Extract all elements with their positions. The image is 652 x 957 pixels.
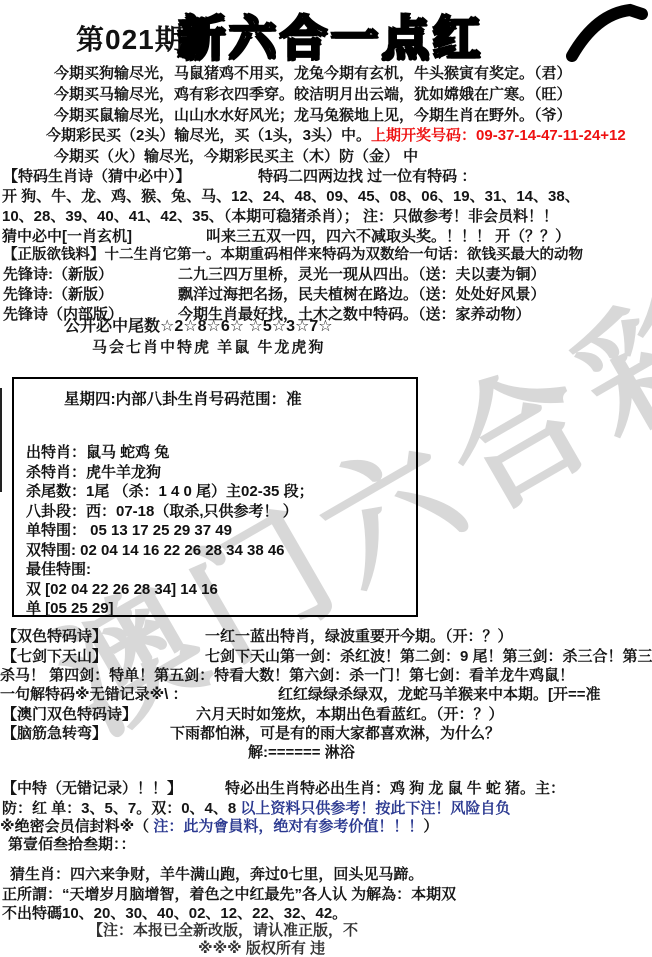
xianfeng-text-1: 二九三四万里桥，灵光一现从四出。（送：夫以妻为铜）: [178, 265, 546, 284]
texiao-lead: 特码二四两边找 过一位有特码 ：: [258, 167, 476, 186]
xianfeng-text-2: 飘洋过海把名扬，民夫植树在路边。（送：处处好风景）: [178, 285, 546, 304]
intro-line-4-text: 今期彩民买（2头）输尽光，买（1头，3头）中。: [46, 127, 371, 144]
yijie-text: 红红绿绿杀绿双，龙蛇马羊猴来中本期。[开==准: [278, 685, 601, 704]
bagua-row-best-tewei: 最佳特围:: [26, 560, 314, 580]
bagua-row-sha-texiao: 杀特肖：虎牛羊龙狗: [26, 463, 314, 483]
zhongte-head: 【中特（无错记录）！！】: [2, 779, 182, 798]
bagua-row-dan-list: 单 [05 25 29]: [26, 599, 314, 619]
lucky-tails-line: 公开必中尾数☆2☆8☆6☆ ☆5☆3☆7☆: [64, 317, 333, 336]
zhongte-fang-line: 防：红 单：3、5、7。双：0、4、8 以上资料只供参考！按此下注！风险自负: [2, 799, 510, 818]
bagua-row-shuang-tewei: 双特围: 02 04 14 16 22 26 28 34 38 46: [26, 541, 314, 561]
masthead-title: 新六合一点红: [178, 2, 484, 69]
yixiao-text: 叫来三五双一四，四六不减取头奖。！！！ 开（？？）: [206, 227, 570, 246]
intro-line-2: 今期买马输尽光，鸡有彩衣四季穿。皎洁明月出云端，犹如嫦娥在广寒。（旺）: [54, 85, 572, 104]
bagua-row-bagua-duan: 八卦段：西：07-18（取杀,只供参考！ ）: [26, 502, 314, 522]
shuangse-text: 一红一蓝出特肖，绿波重要开今期。（开：？）: [205, 627, 513, 646]
bagua-panel-rows: 出特肖：鼠马 蛇鸡 兔 杀特肖：虎牛羊龙狗 杀尾数：1尾 （杀：1 4 0 尾）…: [26, 443, 314, 619]
yijie-label: 一句解特码※无错记录※\ ：: [0, 685, 188, 704]
bagua-row-shuang-list: 双 [02 04 22 26 28 34] 14 16: [26, 580, 314, 600]
guess-saying-line: 正所謂：“天增岁月脑增智，着色之中红最先”各人认 为解為：本期双: [2, 885, 456, 904]
xianfeng-label-1: 先锋诗:（新版）: [3, 265, 113, 284]
period-line: 第壹佰叁拾叁期：：: [8, 835, 136, 854]
shuangse-head: 【双色特码诗】: [2, 627, 107, 646]
texiao-numbers-2: 10、28、39、40、41、42、35、（本期可稳猪杀肖）； 注：只做参考！非…: [2, 207, 558, 226]
last-draw-numbers: 上期开奖号码：09-37-14-47-11-24+12: [371, 127, 626, 144]
texiao-numbers-1: 开 狗、牛、龙、鸡、猴、兔、马、12、24、48、09、45、08、06、19、…: [2, 187, 580, 206]
footer-note: 【注：本报已全新改版，请认准正版，不: [88, 921, 358, 940]
member-material-prefix: ※绝密会员信封料※（: [0, 818, 153, 835]
aomen-head: 【澳门双色特码诗】: [2, 705, 137, 724]
naojin-head: 【脑筋急转弯】: [2, 724, 107, 743]
footer-copyright: ※※※ 版权所有 违: [198, 939, 325, 957]
bagua-panel: 星期四:内部八卦生肖号码范围：准 出特肖：鼠马 蛇鸡 兔 杀特肖：虎牛羊龙狗 杀…: [12, 377, 418, 617]
guess-zodiac-line: 猜生肖：四六来争财，羊牛满山跑，奔过0七里，回头见马蹄。: [10, 865, 423, 884]
member-material-note: 注：此为會員料，绝对有参考价值！！！: [153, 818, 423, 835]
yixiao-label: 猜中必中[一肖玄机]: [2, 227, 132, 246]
scan-artifact-line: [0, 388, 2, 492]
issue-number: 第021期: [76, 18, 184, 58]
zhongte-fang-blue: 以上资料只供参考！按此下注！风险自负: [240, 800, 510, 817]
naojin-answer: 解:====== 淋浴: [248, 743, 355, 762]
yuqian-line: 【正版欲钱料】十二生肖它第一。本期重码相伴来特码为双数给一句话：欲钱买最大的动物: [3, 246, 583, 265]
naojin-text: 下雨都怕淋，可是有的雨大家都喜欢淋，为什么？: [170, 724, 500, 743]
intro-line-5: 今期买（火）输尽光，今期彩民买主（木）防（金） 中: [54, 147, 418, 166]
qijian-head: 【七剑下天山】: [2, 647, 107, 666]
zhongte-text: 特必出生肖特必出生肖：鸡 狗 龙 鼠 牛 蛇 猪。主：: [225, 779, 565, 798]
intro-line-4: 今期彩民买（2头）输尽光，买（1头，3头）中。上期开奖号码：09-37-14-4…: [46, 126, 626, 145]
qijian-text-1: 七剑下天山第一剑：杀红波！第二剑：9 尾！第三剑：杀三合！第三剑：: [205, 647, 652, 666]
texiao-section-head: 【特码生肖诗（猜中必中）】: [3, 167, 191, 186]
member-material-line: ※绝密会员信封料※（ 注：此为會員料，绝对有参考价值！！！）: [0, 817, 438, 836]
bagua-row-dan-tewei: 单特围： 05 13 17 25 29 37 49: [26, 521, 314, 541]
bagua-panel-header: 星期四:内部八卦生肖号码范围：准: [64, 387, 302, 409]
member-material-suffix: ）: [423, 818, 438, 835]
bagua-row-sha-weishu: 杀尾数：1尾 （杀：1 4 0 尾）主02-35 段；: [26, 482, 314, 502]
aomen-text: 六月天时如笼炊，本期出色看蓝红。（开：？）: [196, 705, 504, 724]
qijian-text-2: 杀马！ 第四剑：特单！第五剑：特看大数！第六剑：杀一门！第七剑：看羊龙牛鸡鼠！: [0, 666, 574, 685]
zhongte-fang-black: 防：红 单：3、5、7。双：0、4、8: [2, 800, 240, 817]
intro-line-1: 今期买狗输尽光，马鼠猪鸡不用买，龙兔今期有玄机，牛头猴寅有奖定。（君）: [54, 64, 572, 83]
bagua-row-chu-texiao: 出特肖：鼠马 蛇鸡 兔: [26, 443, 314, 463]
ink-stroke-mark: [558, 0, 652, 62]
seven-zodiac-line: 马会七肖中特虎 羊鼠 牛龙虎狗: [92, 338, 325, 357]
lottery-tip-sheet-page: 澳门六合彩 第021期 新六合一点红 今期买狗输尽光，马鼠猪鸡不用买，龙兔今期有…: [0, 0, 652, 957]
intro-line-3: 今期买鼠输尽光，山山水水好风光；龙马兔猴地上见，今期生肖在野外。（爷）: [54, 106, 572, 125]
xianfeng-label-2: 先锋诗:（新版）: [3, 285, 113, 304]
